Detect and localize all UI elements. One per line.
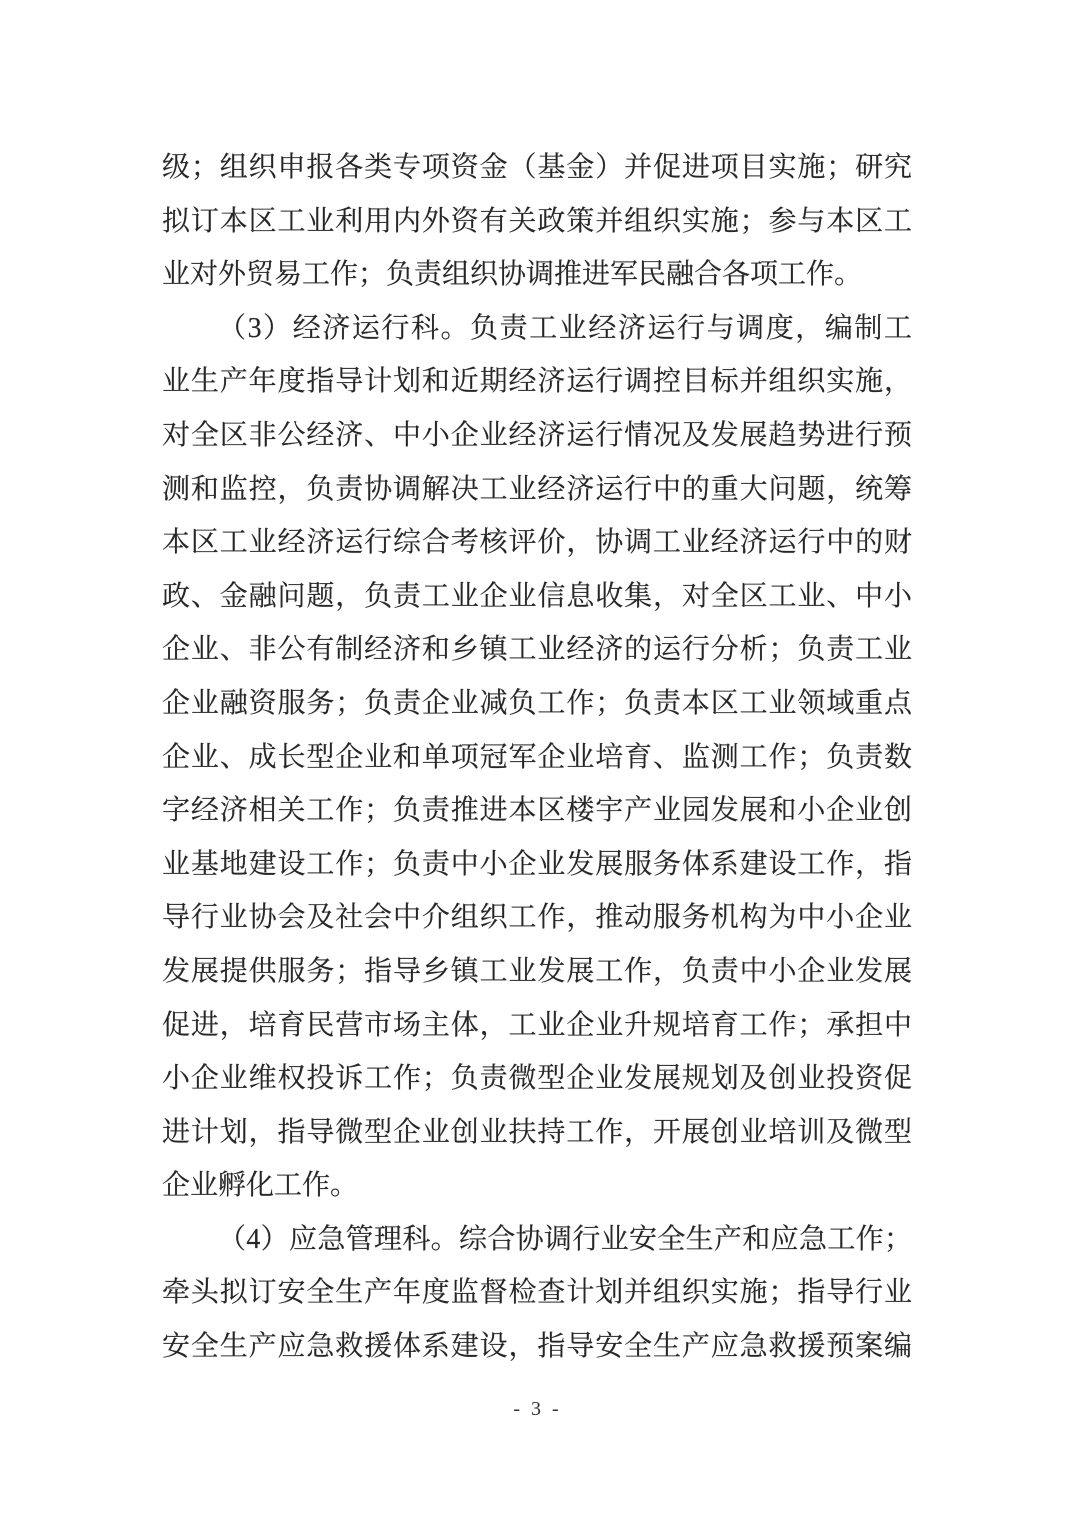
text-line: 对全区非公经济、中小企业经济运行情况及发展趋势进行预	[162, 409, 912, 463]
body-text: 级；组织申报各类专项资金（基金）并促进项目实施；研究 拟订本区工业利用内外资有关…	[162, 141, 912, 1374]
text-line: 企业、成长型企业和单项冠军企业培育、监测工作；负责数	[162, 731, 912, 785]
text-line: 政、金融问题，负责工业企业信息收集，对全区工业、中小	[162, 570, 912, 624]
paragraph: 级；组织申报各类专项资金（基金）并促进项目实施；研究 拟订本区工业利用内外资有关…	[162, 141, 912, 302]
text-line: 牵头拟订安全生产年度监督检查计划并组织实施；指导行业	[162, 1266, 912, 1320]
text-line: 业生产年度指导计划和近期经济运行调控目标并组织实施，	[162, 355, 912, 409]
text-line: 促进，培育民营市场主体，工业企业升规培育工作；承担中	[162, 999, 912, 1053]
text-line: 导行业协会及社会中介组织工作，推动服务机构为中小企业	[162, 891, 912, 945]
text-line: 本区工业经济运行综合考核评价，协调工业经济运行中的财	[162, 516, 912, 570]
text-line: （3）经济运行科。负责工业经济运行与调度，编制工	[162, 302, 912, 356]
text-line: 字经济相关工作；负责推进本区楼宇产业园发展和小企业创	[162, 784, 912, 838]
text-line: 级；组织申报各类专项资金（基金）并促进项目实施；研究	[162, 141, 912, 195]
page-number: - 3 -	[0, 1398, 1075, 1421]
text-line: 企业孵化工作。	[162, 1159, 912, 1213]
paragraph: （3）经济运行科。负责工业经济运行与调度，编制工 业生产年度指导计划和近期经济运…	[162, 302, 912, 1213]
text-line: 业基地建设工作；负责中小企业发展服务体系建设工作，指	[162, 838, 912, 892]
text-line: 拟订本区工业利用内外资有关政策并组织实施；参与本区工	[162, 195, 912, 249]
paragraph: （4）应急管理科。综合协调行业安全生产和应急工作； 牵头拟订安全生产年度监督检查…	[162, 1213, 912, 1374]
text-line: 测和监控，负责协调解决工业经济运行中的重大问题，统筹	[162, 463, 912, 517]
text-line: （4）应急管理科。综合协调行业安全生产和应急工作；	[162, 1213, 912, 1267]
document-page: 级；组织申报各类专项资金（基金）并促进项目实施；研究 拟订本区工业利用内外资有关…	[0, 0, 1075, 1520]
text-line: 企业、非公有制经济和乡镇工业经济的运行分析；负责工业	[162, 623, 912, 677]
text-line: 发展提供服务；指导乡镇工业发展工作，负责中小企业发展	[162, 945, 912, 999]
text-line: 进计划，指导微型企业创业扶持工作，开展创业培训及微型	[162, 1106, 912, 1160]
text-line: 小企业维权投诉工作；负责微型企业发展规划及创业投资促	[162, 1052, 912, 1106]
text-line: 企业融资服务；负责企业减负工作；负责本区工业领域重点	[162, 677, 912, 731]
text-line: 安全生产应急救援体系建设，指导安全生产应急救援预案编	[162, 1320, 912, 1374]
text-line: 业对外贸易工作；负责组织协调推进军民融合各项工作。	[162, 248, 912, 302]
